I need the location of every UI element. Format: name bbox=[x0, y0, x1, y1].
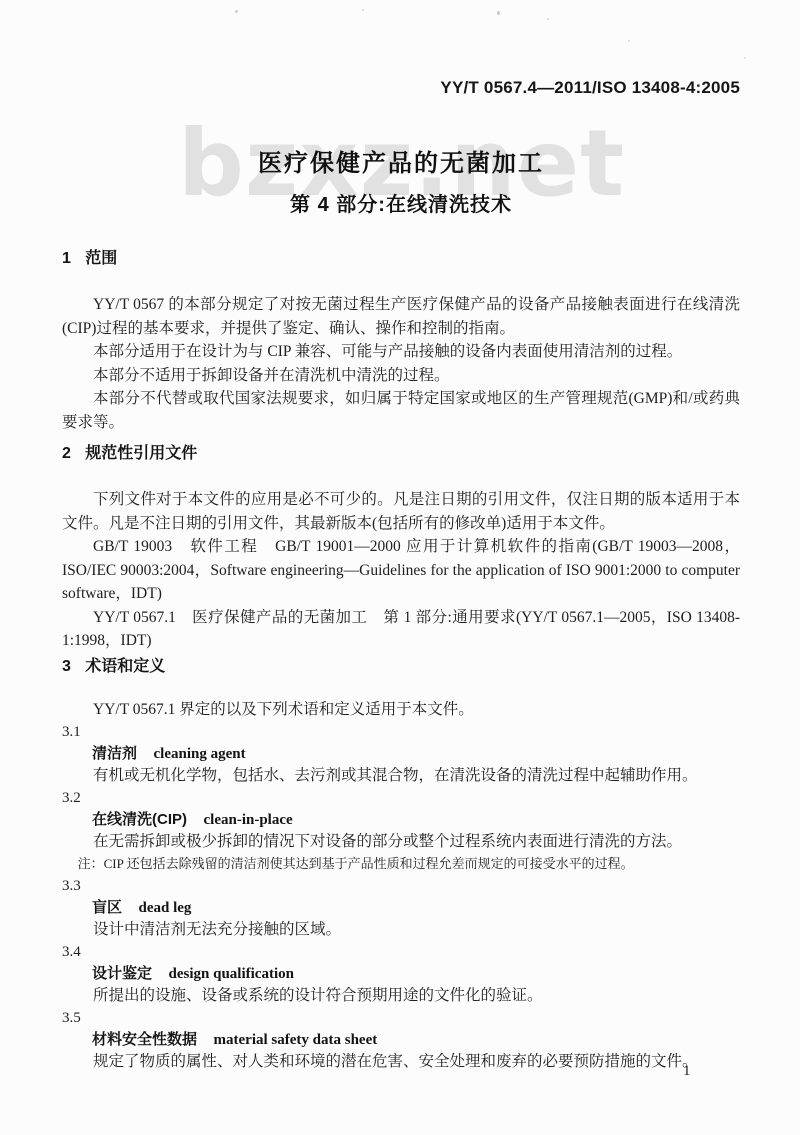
section-body: YY/T 0567.1 界定的以及下列术语和定义适用于本文件。 3.1 清洁剂c… bbox=[62, 699, 740, 1073]
term-definition: 设计中清洁剂无法充分接触的区域。 bbox=[62, 919, 740, 941]
term-entry-3-2: 3.2 在线清洗(CIP)clean-in-place 在无需拆卸或极少拆卸的情… bbox=[62, 787, 740, 875]
term-number: 3.5 bbox=[62, 1007, 740, 1029]
term-zh: 盲区 bbox=[92, 899, 122, 916]
title-line-2: 第 4 部分:在线清洗技术 bbox=[62, 193, 740, 217]
term-zh: 在线清洗(CIP) bbox=[92, 811, 187, 828]
section-heading: 1范围 bbox=[62, 249, 740, 268]
term-definition: 有机或无机化学物，包括水、去污剂或其混合物，在清洗设备的清洗过程中起辅助作用。 bbox=[62, 765, 740, 787]
paragraph: YY/T 0567 的本部分规定了对按无菌过程生产医疗保健产品的设备产品接触表面… bbox=[62, 293, 740, 340]
paragraph: 本部分适用于在设计为与 CIP 兼容、可能与产品接触的设备内表面使用清洁剂的过程… bbox=[62, 340, 740, 364]
paragraph: 本部分不适用于拆卸设备并在清洗机中清洗的过程。 bbox=[62, 364, 740, 388]
term-entry-3-5: 3.5 材料安全性数据material safety data sheet 规定… bbox=[62, 1007, 740, 1073]
reference-entry: YY/T 0567.1 医疗保健产品的无菌加工 第 1 部分:通用要求(YY/T… bbox=[62, 606, 740, 653]
section-scope: 1范围 YY/T 0567 的本部分规定了对按无菌过程生产医疗保健产品的设备产品… bbox=[62, 249, 740, 434]
term-en: clean-in-place bbox=[204, 812, 293, 828]
term-heading: 盲区dead leg bbox=[62, 897, 740, 919]
term-definition: 在无需拆卸或极少拆卸的情况下对设备的部分或整个过程系统内表面进行清洗的方法。 bbox=[62, 831, 740, 853]
term-entry-3-4: 3.4 设计鉴定design qualification 所提出的设施、设备或系… bbox=[62, 941, 740, 1007]
section-label: 范围 bbox=[85, 250, 117, 267]
section-number: 2 bbox=[62, 445, 71, 462]
term-heading: 在线清洗(CIP)clean-in-place bbox=[62, 809, 740, 831]
term-en: dead leg bbox=[139, 900, 192, 916]
document-page: bzxz.net YY/T 0567.4—2011/ISO 13408-4:20… bbox=[0, 0, 800, 1135]
terms-intro: YY/T 0567.1 界定的以及下列术语和定义适用于本文件。 bbox=[62, 699, 740, 721]
term-definition: 所提出的设施、设备或系统的设计符合预期用途的文件化的验证。 bbox=[62, 985, 740, 1007]
section-normative-references: 2规范性引用文件 下列文件对于本文件的应用是必不可少的。凡是注日期的引用文件，仅… bbox=[62, 444, 740, 653]
term-zh: 材料安全性数据 bbox=[92, 1031, 197, 1048]
term-number: 3.3 bbox=[62, 875, 740, 897]
term-entry-3-3: 3.3 盲区dead leg 设计中清洁剂无法充分接触的区域。 bbox=[62, 875, 740, 941]
term-en: design qualification bbox=[169, 966, 294, 982]
term-definition: 规定了物质的属性、对人类和环境的潜在危害、安全处理和废弃的必要预防措施的文件。 bbox=[62, 1051, 740, 1073]
term-heading: 设计鉴定design qualification bbox=[62, 963, 740, 985]
standard-number-header: YY/T 0567.4—2011/ISO 13408-4:2005 bbox=[62, 78, 740, 98]
section-heading: 3术语和定义 bbox=[62, 657, 740, 676]
term-number: 3.1 bbox=[62, 721, 740, 743]
term-number: 3.2 bbox=[62, 787, 740, 809]
paragraph: 下列文件对于本文件的应用是必不可少的。凡是注日期的引用文件，仅注日期的版本适用于… bbox=[62, 488, 740, 535]
section-heading: 2规范性引用文件 bbox=[62, 444, 740, 463]
section-number: 1 bbox=[62, 250, 71, 267]
title-line-1: 医疗保健产品的无菌加工 bbox=[62, 150, 740, 178]
reference-entry: GB/T 19003 软件工程 GB/T 19001—2000 应用于计算机软件… bbox=[62, 535, 740, 606]
section-label: 术语和定义 bbox=[85, 658, 165, 675]
section-body: 下列文件对于本文件的应用是必不可少的。凡是注日期的引用文件，仅注日期的版本适用于… bbox=[62, 488, 740, 653]
term-zh: 设计鉴定 bbox=[92, 965, 152, 982]
page-content: YY/T 0567.4—2011/ISO 13408-4:2005 医疗保健产品… bbox=[0, 0, 800, 1073]
term-en: material safety data sheet bbox=[214, 1032, 378, 1048]
page-number: 1 bbox=[683, 1062, 691, 1080]
paragraph: 本部分不代替或取代国家法规要求，如归属于特定国家或地区的生产管理规范(GMP)和… bbox=[62, 387, 740, 434]
term-heading: 材料安全性数据material safety data sheet bbox=[62, 1029, 740, 1051]
section-terms-definitions: 3术语和定义 YY/T 0567.1 界定的以及下列术语和定义适用于本文件。 3… bbox=[62, 657, 740, 1073]
term-number: 3.4 bbox=[62, 941, 740, 963]
term-en: cleaning agent bbox=[154, 746, 246, 762]
section-label: 规范性引用文件 bbox=[85, 445, 197, 462]
section-body: YY/T 0567 的本部分规定了对按无菌过程生产医疗保健产品的设备产品接触表面… bbox=[62, 293, 740, 434]
section-number: 3 bbox=[62, 658, 71, 675]
document-title: 医疗保健产品的无菌加工 第 4 部分:在线清洗技术 bbox=[62, 150, 740, 217]
term-note: 注：CIP 还包括去除残留的清洁剂使其达到基于产品性质和过程允差而规定的可接受水… bbox=[62, 853, 740, 875]
term-entry-3-1: 3.1 清洁剂cleaning agent 有机或无机化学物，包括水、去污剂或其… bbox=[62, 721, 740, 787]
term-zh: 清洁剂 bbox=[92, 745, 137, 762]
term-heading: 清洁剂cleaning agent bbox=[62, 743, 740, 765]
